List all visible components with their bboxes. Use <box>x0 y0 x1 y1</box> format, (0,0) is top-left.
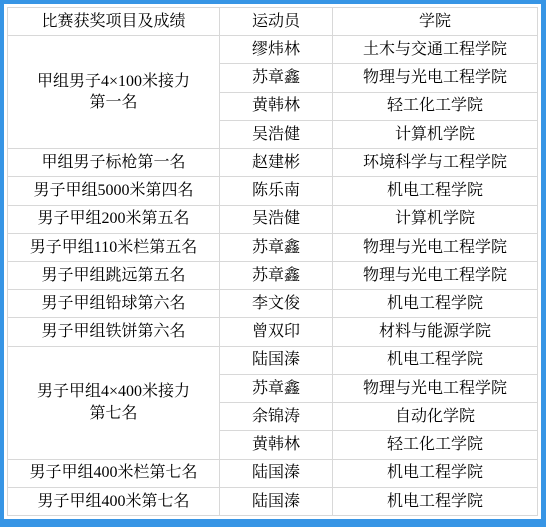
table-row: 甲组男子标枪第一名 赵建彬 环境科学与工程学院 <box>8 149 538 177</box>
college-cell: 机电工程学院 <box>333 459 538 487</box>
athlete-cell: 陆国溱 <box>220 346 333 374</box>
college-cell: 机电工程学院 <box>333 487 538 515</box>
college-cell: 材料与能源学院 <box>333 318 538 346</box>
athlete-cell: 黄韩林 <box>220 431 333 459</box>
college-cell: 物理与光电工程学院 <box>333 374 538 402</box>
athlete-cell: 苏章鑫 <box>220 374 333 402</box>
athlete-cell: 苏章鑫 <box>220 261 333 289</box>
college-cell: 机电工程学院 <box>333 290 538 318</box>
awards-table: 比赛获奖项目及成绩 运动员 学院 甲组男子4×100米接力 第一名 缪炜林 土木… <box>7 7 538 516</box>
event-cell: 男子甲组4×400米接力 第七名 <box>8 346 220 459</box>
event-cell: 男子甲组400米第七名 <box>8 487 220 515</box>
athlete-cell: 苏章鑫 <box>220 233 333 261</box>
athlete-cell: 余锦涛 <box>220 403 333 431</box>
college-cell: 物理与光电工程学院 <box>333 261 538 289</box>
column-header-athlete: 运动员 <box>220 8 333 36</box>
column-header-event: 比赛获奖项目及成绩 <box>8 8 220 36</box>
table-row: 男子甲组400米第七名 陆国溱 机电工程学院 <box>8 487 538 515</box>
event-cell: 男子甲组铅球第六名 <box>8 290 220 318</box>
event-cell: 男子甲组200米第五名 <box>8 205 220 233</box>
event-cell: 男子甲组跳远第五名 <box>8 261 220 289</box>
college-cell: 环境科学与工程学院 <box>333 149 538 177</box>
college-cell: 轻工化工学院 <box>333 431 538 459</box>
table-row: 男子甲组4×400米接力 第七名 陆国溱 机电工程学院 <box>8 346 538 374</box>
header-row: 比赛获奖项目及成绩 运动员 学院 <box>8 8 538 36</box>
table-row: 甲组男子4×100米接力 第一名 缪炜林 土木与交通工程学院 <box>8 36 538 64</box>
college-cell: 机电工程学院 <box>333 346 538 374</box>
table-row: 男子甲组铁饼第六名 曾双印 材料与能源学院 <box>8 318 538 346</box>
college-cell: 轻工化工学院 <box>333 92 538 120</box>
athlete-cell: 李文俊 <box>220 290 333 318</box>
college-cell: 物理与光电工程学院 <box>333 64 538 92</box>
athlete-cell: 曾双印 <box>220 318 333 346</box>
event-cell: 男子甲组5000米第四名 <box>8 177 220 205</box>
event-cell: 甲组男子4×100米接力 第一名 <box>8 36 220 149</box>
table-row: 男子甲组铅球第六名 李文俊 机电工程学院 <box>8 290 538 318</box>
college-cell: 土木与交通工程学院 <box>333 36 538 64</box>
athlete-cell: 陈乐南 <box>220 177 333 205</box>
table-row: 男子甲组5000米第四名 陈乐南 机电工程学院 <box>8 177 538 205</box>
event-cell: 男子甲组铁饼第六名 <box>8 318 220 346</box>
athlete-cell: 吴浩健 <box>220 120 333 148</box>
athlete-cell: 陆国溱 <box>220 459 333 487</box>
athlete-cell: 吴浩健 <box>220 205 333 233</box>
college-cell: 计算机学院 <box>333 120 538 148</box>
column-header-college: 学院 <box>333 8 538 36</box>
college-cell: 自动化学院 <box>333 403 538 431</box>
table-row: 男子甲组200米第五名 吴浩健 计算机学院 <box>8 205 538 233</box>
college-cell: 机电工程学院 <box>333 177 538 205</box>
athlete-cell: 苏章鑫 <box>220 64 333 92</box>
event-cell: 男子甲组110米栏第五名 <box>8 233 220 261</box>
college-cell: 计算机学院 <box>333 205 538 233</box>
table-row: 男子甲组110米栏第五名 苏章鑫 物理与光电工程学院 <box>8 233 538 261</box>
athlete-cell: 缪炜林 <box>220 36 333 64</box>
table-row: 男子甲组跳远第五名 苏章鑫 物理与光电工程学院 <box>8 261 538 289</box>
table-frame: 比赛获奖项目及成绩 运动员 学院 甲组男子4×100米接力 第一名 缪炜林 土木… <box>0 0 546 527</box>
college-cell: 物理与光电工程学院 <box>333 233 538 261</box>
event-cell: 男子甲组400米栏第七名 <box>8 459 220 487</box>
athlete-cell: 赵建彬 <box>220 149 333 177</box>
athlete-cell: 黄韩林 <box>220 92 333 120</box>
table-row: 男子甲组400米栏第七名 陆国溱 机电工程学院 <box>8 459 538 487</box>
event-cell: 甲组男子标枪第一名 <box>8 149 220 177</box>
athlete-cell: 陆国溱 <box>220 487 333 515</box>
